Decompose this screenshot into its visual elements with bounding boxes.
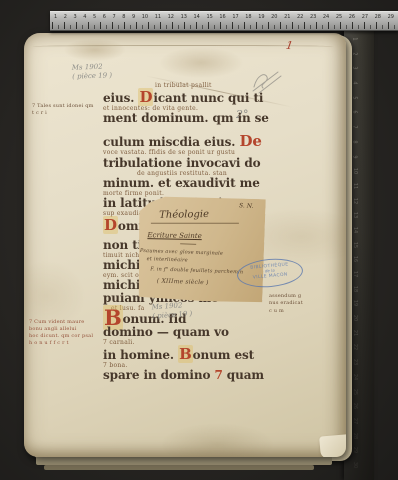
pencil-annotation-bottom: Ms 1902 ( pièce 19 )	[151, 301, 192, 322]
text-segment: onum est	[193, 348, 254, 362]
text-line: spare in domino 7 quam	[103, 369, 299, 382]
text-segment: domino — quam vo	[103, 325, 229, 339]
top-ruler-numbers: 1234567891011121314151617181920212223242…	[50, 14, 398, 20]
list-item: 1	[54, 14, 57, 20]
list-item: 26	[349, 14, 355, 20]
text-segment: in homine.	[103, 348, 178, 362]
text-segment: eius.	[103, 91, 138, 105]
list-item: 29	[388, 14, 394, 20]
list-item: bonu angli allelui	[29, 326, 109, 333]
list-item: c u m	[269, 308, 331, 315]
list-item: 25	[336, 14, 342, 20]
pencil-annotation-top: Ms 1902 ( pièce 19 )	[72, 62, 113, 82]
list-item: assendum g	[269, 293, 331, 300]
page-stack-edge	[36, 456, 332, 465]
photo-stage: 1234567891011121314151617181920212223242…	[0, 0, 398, 480]
text-line: minum. et exaudivit me	[103, 177, 299, 190]
slip-subtitle: Ecriture Sainte	[147, 231, 264, 241]
top-ruler: 1234567891011121314151617181920212223242…	[50, 11, 398, 31]
gloss-line: 7 carnali.	[103, 339, 299, 346]
list-item: 17	[232, 14, 238, 20]
list-item: 6	[103, 14, 106, 20]
list-item: 11	[155, 14, 161, 20]
text-line: domino — quam vo	[103, 326, 299, 339]
list-item: 8	[122, 14, 125, 20]
list-item: 5	[93, 14, 96, 20]
text-line: ment dominum. qm in se	[103, 112, 299, 125]
list-item: 7 Tales sunt idonei qm	[32, 103, 104, 110]
list-item: nus eradicat	[269, 300, 331, 307]
list-item: h o n u f f c r t	[29, 340, 109, 347]
list-item: 2	[64, 14, 67, 20]
list-item: 18	[245, 14, 251, 20]
margin-note-right: assendum gnus eradicatc u m	[269, 293, 331, 315]
gloss-line: in tribulat psallit	[155, 82, 299, 89]
slip-dash	[180, 243, 196, 245]
list-item: 16	[219, 14, 225, 20]
text-line: eius. Dicant nunc qui ti	[103, 89, 299, 105]
text-segment: ment dominum. qm in se	[103, 111, 269, 125]
text-segment: culum miscdia eius.	[103, 135, 239, 149]
list-item: 20	[271, 14, 277, 20]
slip-title: Théologie	[159, 209, 209, 221]
text-segment: icant nunc qui ti	[153, 91, 263, 105]
rubric-initial: B	[178, 345, 193, 363]
margin-note-left-top: 7 Tales sunt idonei qmt c r i	[32, 103, 104, 118]
text-segment: minum. et exaudivit me	[103, 176, 260, 190]
list-item: 27	[362, 14, 368, 20]
rubric-initial: D	[103, 216, 118, 234]
text-segment: spare in domino	[103, 368, 214, 382]
list-item: 24	[323, 14, 329, 20]
page-corner-curl	[319, 433, 346, 457]
text-line: tribulatione invocavi do	[103, 157, 299, 170]
list-item: 19	[258, 14, 264, 20]
text-segment: tribulatione invocavi do	[103, 156, 261, 170]
list-item: 10	[142, 14, 148, 20]
text-line: in homine. Bonum est	[103, 346, 299, 362]
list-item: 7	[113, 14, 116, 20]
top-ruler-ticks-cm	[52, 22, 398, 29]
list-item: 28	[375, 14, 381, 20]
list-item: 23	[310, 14, 316, 20]
list-item: 12	[168, 14, 174, 20]
slip-underline	[151, 223, 239, 224]
list-item: hoc dicunt. qm cor psal	[29, 333, 109, 340]
stamp-oval	[236, 256, 304, 290]
list-item: 14	[194, 14, 200, 20]
list-item: 13	[181, 14, 187, 20]
pencil-top-line2: ( pièce 19 )	[72, 72, 112, 83]
list-item: 15	[206, 14, 212, 20]
slip-number: S. N.	[239, 202, 254, 210]
text-segment: in tribulat psallit	[155, 82, 212, 89]
library-stamp: BIBLIOTHÈQUE de la VILLE MACON	[236, 256, 304, 290]
margin-note-left-bottom: 7 Cum vident maurebonu angli alleluihoc …	[29, 319, 109, 347]
list-item: t c r i	[32, 110, 104, 117]
list-item: 4	[83, 14, 86, 20]
rubric-initial: 7	[214, 368, 222, 382]
text-segment: quam	[223, 368, 264, 382]
rubric-initial: D	[138, 88, 153, 106]
list-item: 21	[284, 14, 290, 20]
text-line: culum miscdia eius. De	[103, 133, 299, 149]
rubric-initial: De	[239, 132, 261, 150]
page-stack-edge-dark	[44, 465, 314, 470]
list-item: 3	[74, 14, 77, 20]
list-item: 7 Cum vident maure	[29, 319, 109, 326]
list-item: 9	[132, 14, 135, 20]
list-item: 22	[297, 14, 303, 20]
